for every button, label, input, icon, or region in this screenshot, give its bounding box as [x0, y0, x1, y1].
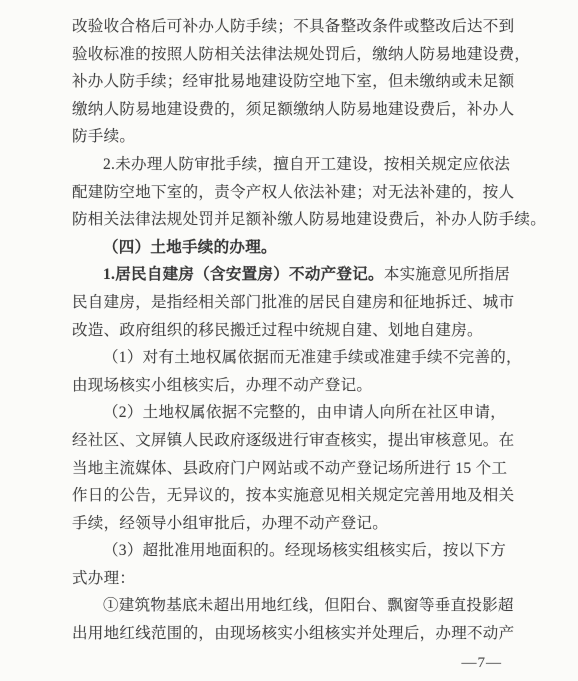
text-line: 防手续。 [72, 123, 534, 151]
text-line: 民自建房，是指经相关部门批准的居民自建房和征地拆迁、城市 [72, 289, 534, 317]
text-line: ①建筑物基底未超出用地红线，但阳台、飘窗等垂直投影超 [72, 592, 534, 620]
item-heading: 1.居民自建房（含安置房）不动产登记。 [103, 266, 384, 283]
text-line: 由现场核实小组核实后，办理不动产登记。 [72, 372, 534, 400]
text-segment: 本实施意见所指居 [384, 266, 510, 283]
section-heading: （四）土地手续的办理。 [72, 234, 534, 262]
document-body: 改验收合格后可补办人防手续；不具备整改条件或整改后达不到 验收标准的按照人防相关… [72, 13, 534, 648]
text-line: 改验收合格后可补办人防手续；不具备整改条件或整改后达不到 [72, 13, 534, 41]
page-number: —7— [462, 651, 503, 675]
text-line: 防相关法律法规处罚并足额补缴人防易地建设费后，补办人防手续。 [72, 206, 534, 234]
text-line: 1.居民自建房（含安置房）不动产登记。本实施意见所指居 [72, 261, 534, 289]
text-line: 作日的公告，无异议的，按本实施意见相关规定完善用地及相关 [72, 482, 534, 510]
text-line: 缴纳人防易地建设费的，须足额缴纳人防易地建设费后，补办人 [72, 96, 534, 124]
text-line: 式办理： [72, 565, 534, 593]
text-line: 经社区、文屏镇人民政府逐级进行审查核实，提出审核意见。在 [72, 427, 534, 455]
text-line: （2）土地权属依据不完整的，由申请人向所在社区申请， [72, 399, 534, 427]
text-line: 补办人防手续；经审批易地建设防空地下室，但未缴纳或未足额 [72, 68, 534, 96]
text-line: （1）对有土地权属依据而无准建手续或准建手续不完善的， [72, 344, 534, 372]
text-line: 改造、政府组织的移民搬迁过程中统规自建、划地自建房。 [72, 317, 534, 345]
text-line: 2.未办理人防审批手续，擅自开工建设，按相关规定应依法 [72, 151, 534, 179]
text-line: 出用地红线范围的，由现场核实小组核实并处理后，办理不动产 [72, 620, 534, 648]
text-line: 配建防空地下室的，责令产权人依法补建；对无法补建的，按人 [72, 179, 534, 207]
text-line: （3）超批准用地面积的。经现场核实组核实后，按以下方 [72, 537, 534, 565]
text-line: 当地主流媒体、县政府门户网站或不动产登记场所进行 15 个工 [72, 455, 534, 483]
document-page: 改验收合格后可补办人防手续；不具备整改条件或整改后达不到 验收标准的按照人防相关… [0, 0, 578, 681]
text-line: 验收标准的按照人防相关法律法规处罚后，缴纳人防易地建设费， [72, 41, 534, 69]
text-line: 手续，经领导小组审批后，办理不动产登记。 [72, 510, 534, 538]
